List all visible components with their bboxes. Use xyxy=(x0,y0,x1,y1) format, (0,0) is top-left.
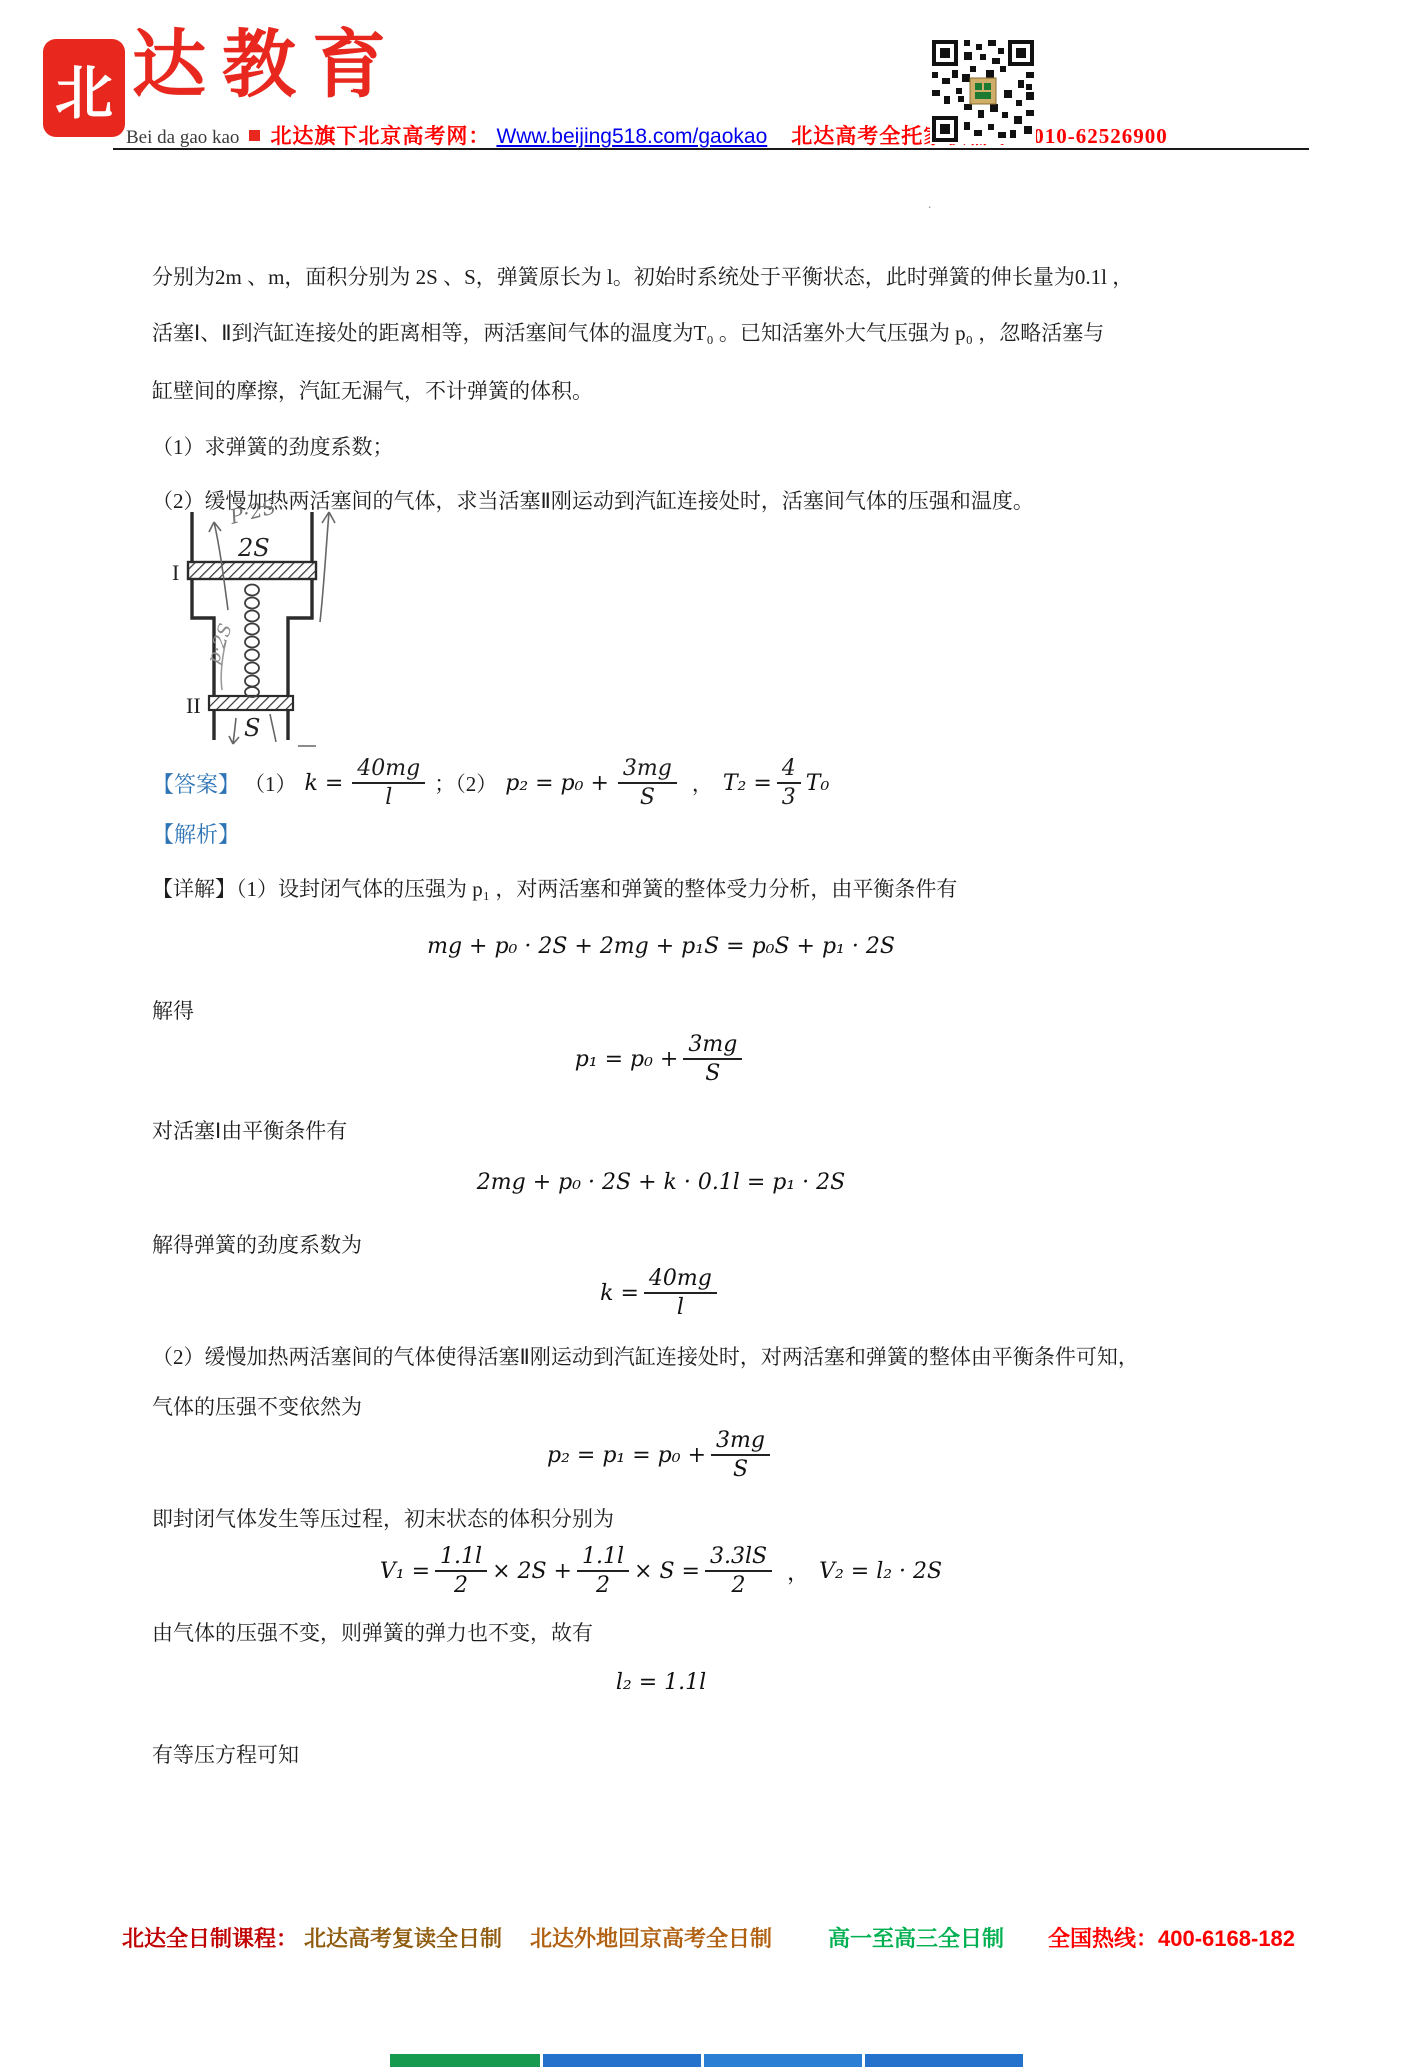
logo-seal: 北 xyxy=(46,42,122,134)
analysis-tag: 【解析】 xyxy=(152,820,1302,850)
detail-paragraph-8: 有等压方程可知 xyxy=(152,1740,1302,1770)
problem-line-3: 缸壁间的摩擦，汽缸无漏气，不计弹簧的体积。 xyxy=(152,376,1302,406)
figure-piston-1-label: I xyxy=(172,560,179,585)
formula-eq3: 2mg + p₀ · 2S + k · 0.1l = p₁ · 2S xyxy=(152,1170,1170,1195)
figure-area-top-label: 2S xyxy=(237,534,270,562)
question-1: （1）求弹簧的劲度系数； xyxy=(152,432,1302,462)
answer-part1-label: （1） xyxy=(244,768,297,798)
spring-shape xyxy=(245,585,259,698)
eq6-fraction-2: 1.1l 2 xyxy=(577,1544,629,1599)
eq2-lhs: p₁ = p₀ + xyxy=(575,1047,679,1072)
eq2-fraction: 3mg S xyxy=(683,1032,742,1087)
detail-paragraph-1: 【详解】（1）设封闭气体的压强为 p₁ ，对两活塞和弹簧的整体受力分析，由平衡条… xyxy=(152,874,1302,904)
eq6-lhs: V₁ = xyxy=(380,1559,430,1584)
header-site-link[interactable]: Www.beijing518.com/gaokao xyxy=(496,125,767,149)
answer-t-lhs: T₂ = xyxy=(723,771,772,796)
logo-seal-character: 北 xyxy=(55,46,113,130)
detail-paragraph-5b: 气体的压强不变依然为 xyxy=(152,1392,1302,1422)
detail-paragraph-7: 由气体的压强不变，则弹簧的弹力也不变，故有 xyxy=(152,1618,1302,1648)
answer-k-lhs: k = xyxy=(305,771,344,796)
eq6-separator: ， xyxy=(787,1556,809,1587)
answer-line: 【答案】 （1） k = 40mg l ；（2） p₂ = p₀ + 3mg S… xyxy=(152,748,829,818)
eq4-lhs: k = xyxy=(600,1281,639,1306)
footer-course-3: 高一至高三全日制 xyxy=(828,1926,1004,1951)
answer-t-rhs: T₀ xyxy=(806,771,830,796)
footer-course-1: 北达高考复读全日制 xyxy=(304,1926,502,1951)
answer-k-fraction: 40mg l xyxy=(352,756,425,811)
detail-paragraph-2: 解得 xyxy=(152,996,1302,1026)
formula-eq4: k = 40mg l xyxy=(152,1258,1170,1328)
figure-annotation-top: P·2S xyxy=(226,500,278,529)
footer-line: 北达全日制课程：北达高考复读全日制北达外地回京高考全日制高一至高三全日制全国热线… xyxy=(0,1922,1417,1953)
answer-tag: 【答案】 xyxy=(152,768,240,799)
formula-eq2: p₁ = p₀ + 3mg S xyxy=(152,1024,1170,1094)
answer-t-fraction: 4 3 xyxy=(777,756,801,811)
footer-course-label: 北达全日制课程： xyxy=(122,1926,298,1951)
piston-1-shape xyxy=(188,562,316,579)
figure-area-bottom-label: S xyxy=(244,714,260,742)
taskbar-strip-blue-3[interactable] xyxy=(865,2054,1023,2067)
stray-dot: . xyxy=(928,196,931,212)
detail-paragraph-3: 对活塞Ⅰ由平衡条件有 xyxy=(152,1116,1302,1146)
problem-line-1: 分别为2m 、m，面积分别为 2S 、S，弹簧原长为 l。初始时系统处于平衡状态… xyxy=(152,262,1302,292)
figure-piston-2-label: II xyxy=(186,693,201,718)
detail-paragraph-4: 解得弹簧的劲度系数为 xyxy=(152,1230,1302,1260)
eq5-fraction: 3mg S xyxy=(711,1428,770,1483)
piston-2-shape xyxy=(209,696,293,710)
eq6-fraction-1: 1.1l 2 xyxy=(435,1544,487,1599)
figure-cylinder-diagram: I II 2S S P·2S p·2S xyxy=(148,500,348,757)
qr-code xyxy=(930,38,1036,149)
answer-p-lhs: p₂ = p₀ + xyxy=(505,771,609,796)
taskbar-strip-green[interactable] xyxy=(390,2054,540,2067)
formula-eq1: mg + p₀ · 2S + 2mg + p₁S = p₀S + p₁ · 2S xyxy=(152,934,1170,959)
eq4-fraction: 40mg l xyxy=(644,1266,717,1321)
eq6-mid-1: × 2S + xyxy=(492,1559,572,1584)
answer-separator-1: ；（2） xyxy=(434,768,497,798)
eq6-rhs: V₂ = l₂ · 2S xyxy=(819,1559,942,1584)
eq5-lhs: p₂ = p₁ = p₀ + xyxy=(547,1443,706,1468)
formula-eq5: p₂ = p₁ = p₀ + 3mg S xyxy=(152,1420,1170,1490)
detail-paragraph-6: 即封闭气体发生等压过程，初末状态的体积分别为 xyxy=(152,1504,1302,1534)
red-square-icon xyxy=(249,130,260,141)
figure-annotation-mid: p·2S xyxy=(203,621,237,667)
taskbar-strip-blue-1[interactable] xyxy=(543,2054,701,2067)
eq6-mid-2: × S = xyxy=(634,1559,700,1584)
answer-p-fraction: 3mg S xyxy=(618,756,677,811)
problem-line-2: 活塞Ⅰ、Ⅱ到汽缸连接处的距离相等，两活塞间气体的温度为T₀ 。已知活塞外大气压强… xyxy=(152,318,1302,348)
answer-separator-2: ， xyxy=(692,768,713,798)
detail-paragraph-5a: （2）缓慢加热两活塞间的气体使得活塞Ⅱ刚运动到汽缸连接处时，对两活塞和弹簧的整体… xyxy=(152,1342,1302,1372)
header-tagline: Bei da gao kao xyxy=(126,127,239,149)
formula-eq7: l₂ = 1.1l xyxy=(152,1670,1170,1695)
detail-tag: 【详解】 xyxy=(152,877,236,901)
header-site-label: 北达旗下北京高考网： xyxy=(270,120,490,150)
formula-eq6: V₁ = 1.1l 2 × 2S + 1.1l 2 × S = 3.3lS 2 … xyxy=(152,1534,1170,1608)
taskbar-strip-blue-2[interactable] xyxy=(704,2054,862,2067)
eq6-fraction-3: 3.3lS 2 xyxy=(705,1544,772,1599)
logo-text: 达教育 xyxy=(132,28,402,102)
footer-course-2: 北达外地回京高考全日制 xyxy=(530,1926,772,1951)
detail-p1-text: （1）设封闭气体的压强为 p₁ ，对两活塞和弹簧的整体受力分析，由平衡条件有 xyxy=(236,877,957,901)
footer-hotline: 全国热线：400-6168-182 xyxy=(1048,1926,1295,1951)
header-divider xyxy=(113,148,1309,150)
